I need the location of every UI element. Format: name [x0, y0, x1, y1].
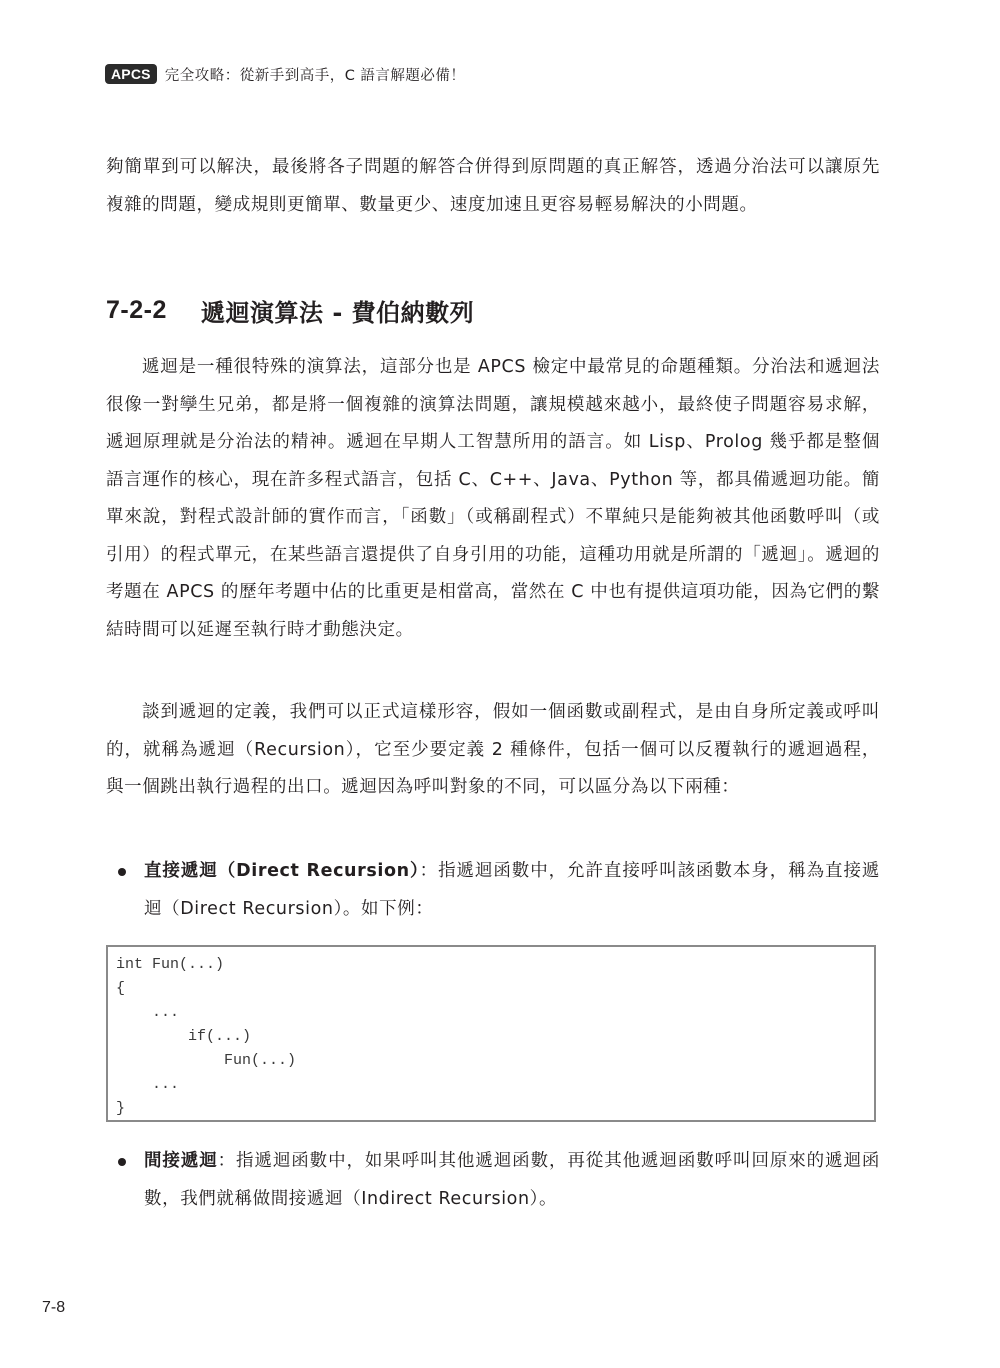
- bullet-direct-recursion: 直接遞迴（Direct Recursion）：指遞迴函數中，允許直接呼叫該函數本…: [118, 853, 880, 928]
- section-title: 遞迴演算法 - 費伯納數列: [201, 293, 474, 328]
- code-line: Fun(...): [116, 1049, 874, 1073]
- code-line: }: [116, 1097, 874, 1121]
- running-header: APCS 完全攻略：從新手到高手，C 語言解題必備！: [105, 63, 465, 85]
- bullet-icon: [118, 1158, 126, 1166]
- section-heading: 7-2-2 遞迴演算法 - 費伯納數列: [106, 293, 474, 328]
- bullet-icon: [118, 868, 126, 876]
- intro-paragraph: 夠簡單到可以解決，最後將各子問題的解答合併得到原問題的真正解答，透過分治法可以讓…: [106, 149, 880, 224]
- bullet-text: 間接遞迴：指遞迴函數中，如果呼叫其他遞迴函數，再從其他遞迴函數呼叫回原來的遞迴函…: [144, 1143, 880, 1218]
- code-line: int Fun(...): [116, 953, 874, 977]
- code-example-box: int Fun(...) { ... if(...) Fun(...) ... …: [106, 945, 876, 1122]
- section-number: 7-2-2: [106, 296, 201, 325]
- bullet-indirect-recursion: 間接遞迴：指遞迴函數中，如果呼叫其他遞迴函數，再從其他遞迴函數呼叫回原來的遞迴函…: [118, 1143, 880, 1218]
- bullet-term: 直接遞迴（Direct Recursion）: [144, 861, 420, 881]
- body-paragraph-recursion-intro: 遞迴是一種很特殊的演算法，這部分也是 APCS 檢定中最常見的命題種類。分治法和…: [106, 349, 880, 649]
- code-line: if(...): [116, 1025, 874, 1049]
- bullet-term: 間接遞迴: [144, 1151, 218, 1171]
- code-line: ...: [116, 1073, 874, 1097]
- book-title: 完全攻略：從新手到高手，C 語言解題必備！: [165, 64, 466, 85]
- apcs-badge: APCS: [105, 64, 157, 84]
- code-line: ...: [116, 1001, 874, 1025]
- page-number: 7-8: [42, 1299, 65, 1317]
- code-line: {: [116, 977, 874, 1001]
- bullet-description: ：指遞迴函數中，如果呼叫其他遞迴函數，再從其他遞迴函數呼叫回原來的遞迴函數，我們…: [144, 1151, 880, 1209]
- body-paragraph-recursion-definition: 談到遞迴的定義，我們可以正式這樣形容，假如一個函數或副程式，是由自身所定義或呼叫…: [106, 694, 880, 807]
- bullet-text: 直接遞迴（Direct Recursion）：指遞迴函數中，允許直接呼叫該函數本…: [144, 853, 880, 928]
